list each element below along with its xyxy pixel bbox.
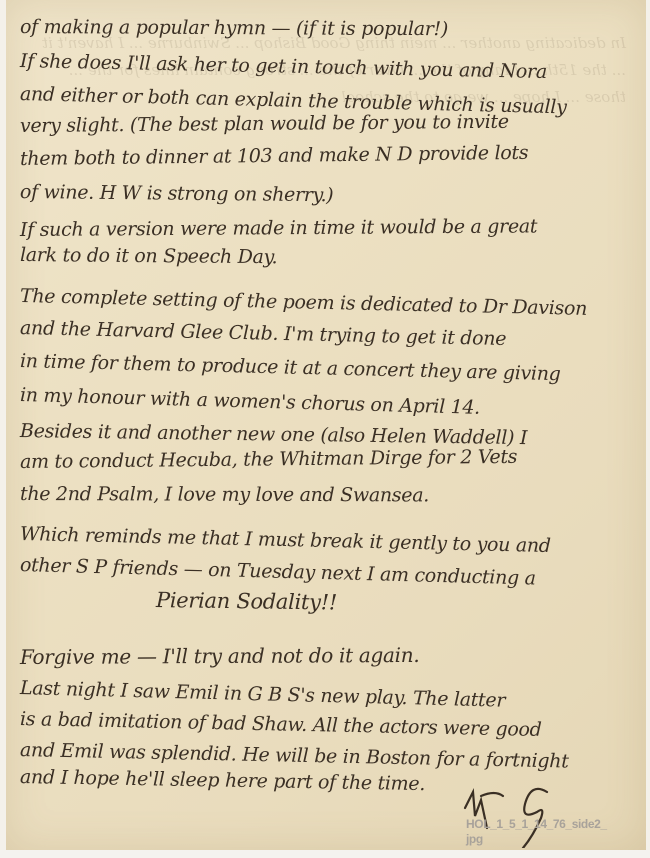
letter-line-14: am to conduct Hecuba, the Whitman Dirge … (20, 446, 517, 473)
letter-line-21: is a bad imitation of bad Shaw. All the … (20, 708, 542, 741)
letter-line-9: The complete setting of the poem is dedi… (20, 285, 588, 320)
letter-page: In dedicating another ... mein thing Goo… (6, 0, 646, 850)
letter-line-23: and I hope he'll sleep here part of the … (20, 766, 425, 795)
letter-line-17: other S P friends — on Tuesday next I am… (20, 554, 536, 589)
letter-line-13: Besides it and another new one (also Hel… (20, 420, 527, 449)
letter-line-6: of wine. H W is strong on sherry.) (20, 181, 334, 206)
letter-line-4: very slight. (The best plan would be for… (20, 111, 509, 137)
page-bottom-margin (0, 850, 650, 858)
letter-line-5: them both to dinner at 103 and make N D … (20, 142, 529, 170)
letter-line-20: Last night I saw Emil in G B S's new pla… (20, 677, 506, 712)
filename-watermark: HOL_1_5_1_14_76_side2_ jpg (466, 817, 607, 847)
letter-line-2: If she does I'll ask her to get in touch… (20, 50, 547, 83)
letter-line-10: and the Harvard Glee Club. I'm trying to… (20, 317, 507, 350)
letter-line-12: in my honour with a women's chorus on Ap… (20, 384, 481, 419)
letter-line-15: the 2nd Psalm, I love my love and Swanse… (20, 483, 429, 506)
letter-line-1: of making a popular hymn — (if it is pop… (20, 16, 448, 40)
filename-line-1: HOL_1_5_1_14_76_side2_ (466, 817, 607, 832)
letter-line-11: in time for them to produce it at a conc… (20, 350, 561, 385)
letter-line-8: lark to do it on Speech Day. (20, 244, 277, 268)
letter-line-19: Forgive me — I'll try and not do it agai… (20, 643, 419, 669)
letter-line-16: Which reminds me that I must break it ge… (20, 523, 551, 557)
letter-line-7: If such a version were made in time it w… (20, 215, 537, 241)
letter-line-18: Pierian Sodality!! (156, 588, 337, 615)
filename-line-2: jpg (466, 832, 607, 847)
